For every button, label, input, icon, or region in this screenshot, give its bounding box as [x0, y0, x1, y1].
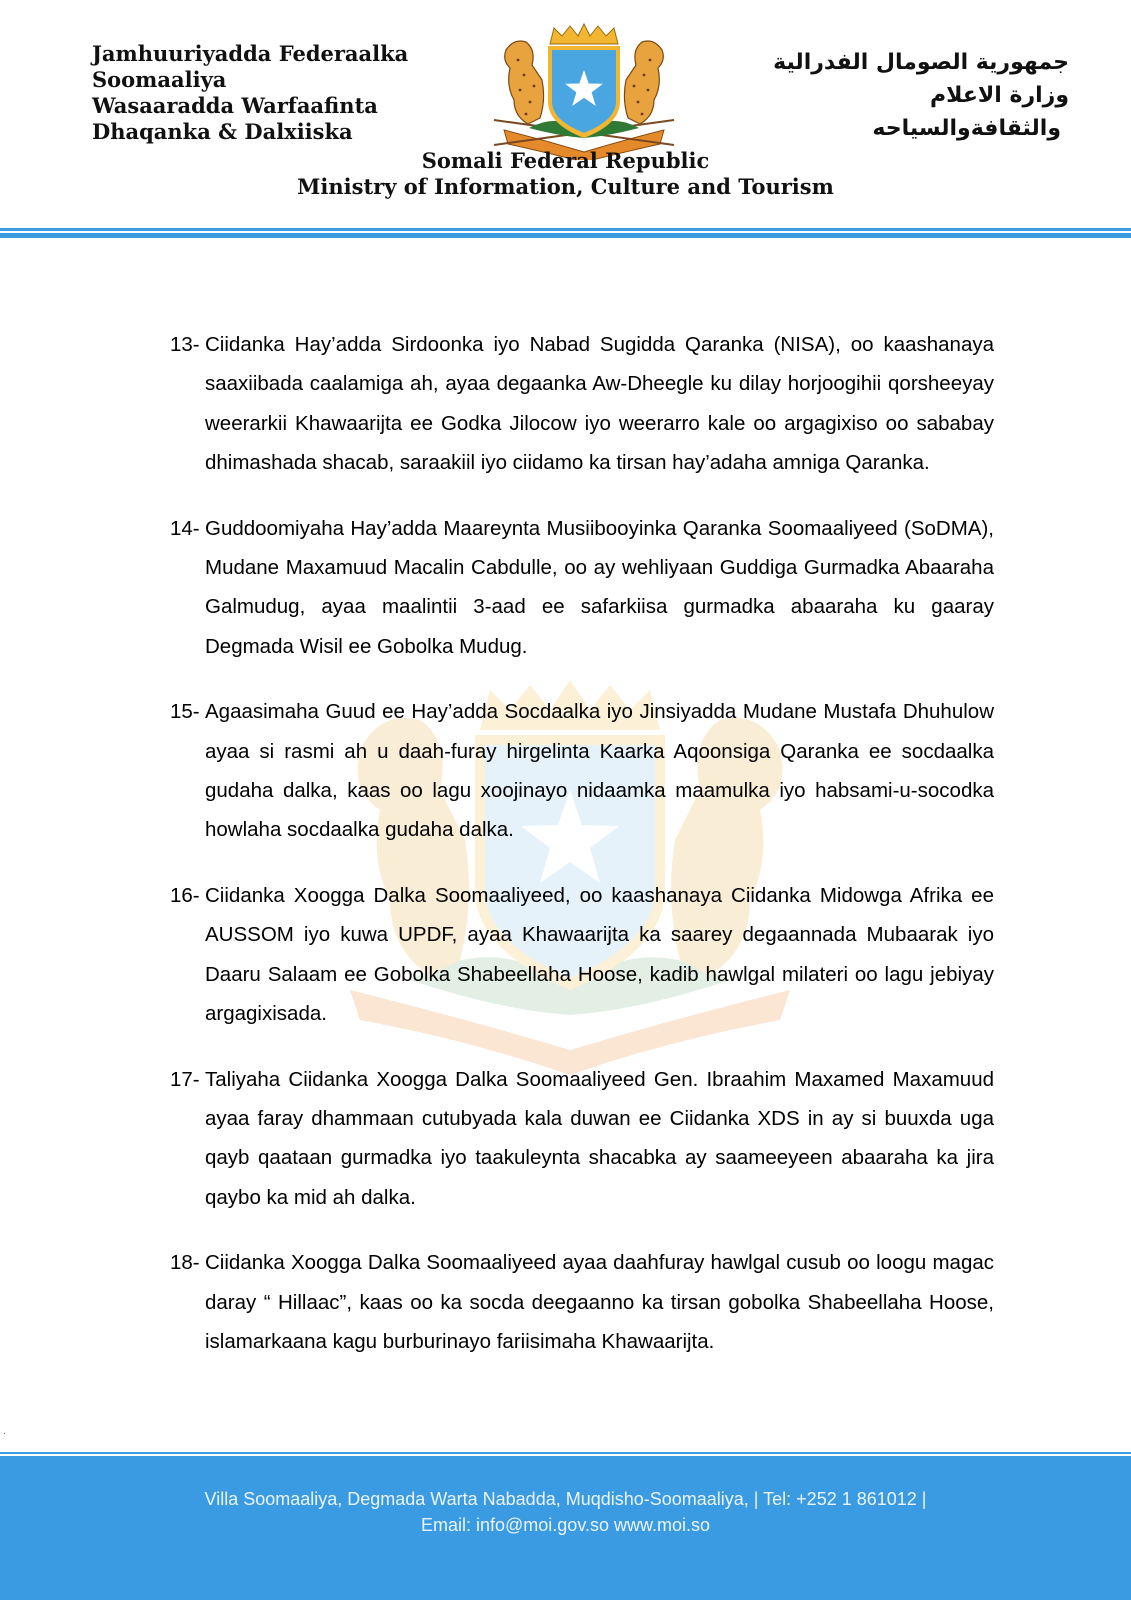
- news-item-number: 14-: [170, 509, 205, 667]
- news-item: 14- Guddoomiyaha Hay’adda Maareynta Musi…: [170, 509, 994, 667]
- news-item-number: 13-: [170, 325, 205, 483]
- news-item-text: Ciidanka Hay’adda Sirdoonka iyo Nabad Su…: [205, 325, 994, 483]
- header-left-line: Jamhuuriyadda Federaalka: [92, 41, 408, 67]
- news-item-text: Guddoomiyaha Hay’adda Maareynta Musiiboo…: [205, 509, 994, 667]
- press-release-body: 13- Ciidanka Hay’adda Sirdoonka iyo Naba…: [170, 325, 994, 1387]
- news-item: 13- Ciidanka Hay’adda Sirdoonka iyo Naba…: [170, 325, 994, 483]
- header-english-title: Somali Federal Republic Ministry of Info…: [0, 148, 1131, 200]
- footer-contact: Email: info@moi.gov.so www.moi.so: [0, 1512, 1131, 1538]
- header-right-line: جمهورية الصومال الفدرالية: [709, 46, 1069, 79]
- news-item-number: 17-: [170, 1060, 205, 1218]
- news-item: 16- Ciidanka Xoogga Dalka Soomaaliyeed, …: [170, 876, 994, 1034]
- header-left-line: Dhaqanka & Dalxiiska: [92, 119, 408, 145]
- header-center-line: Ministry of Information, Culture and Tou…: [0, 174, 1131, 200]
- news-item-text: Ciidanka Xoogga Dalka Soomaaliyeed ayaa …: [205, 1243, 994, 1361]
- footer-address: Villa Soomaaliya, Degmada Warta Nabadda,…: [0, 1486, 1131, 1512]
- coat-of-arms-icon: [484, 20, 684, 160]
- news-item-text: Taliyaha Ciidanka Xoogga Dalka Soomaaliy…: [205, 1060, 994, 1218]
- stray-mark: .: [3, 1426, 6, 1437]
- header-somali-title: Jamhuuriyadda Federaalka Soomaaliya Wasa…: [92, 41, 408, 145]
- news-item-text: Agaasimaha Guud ee Hay’adda Socdaalka iy…: [205, 692, 994, 850]
- header-divider-thick: [0, 233, 1131, 238]
- news-item: 17- Taliyaha Ciidanka Xoogga Dalka Sooma…: [170, 1060, 994, 1218]
- news-item-number: 16-: [170, 876, 205, 1034]
- header-left-line: Soomaaliya: [92, 67, 408, 93]
- news-item-number: 18-: [170, 1243, 205, 1361]
- header-right-line: والثقافةوالسياحه: [709, 112, 1069, 145]
- news-item: 18- Ciidanka Xoogga Dalka Soomaaliyeed a…: [170, 1243, 994, 1361]
- header-divider-thin: [0, 228, 1131, 231]
- news-item: 15- Agaasimaha Guud ee Hay’adda Socdaalk…: [170, 692, 994, 850]
- header-center-line: Somali Federal Republic: [0, 148, 1131, 174]
- header-right-line: وزارة الاعلام: [709, 79, 1069, 112]
- news-item-number: 15-: [170, 692, 205, 850]
- header-arabic-title: جمهورية الصومال الفدرالية وزارة الاعلام …: [709, 46, 1069, 145]
- header-left-line: Wasaaradda Warfaafinta: [92, 93, 408, 119]
- footer: Villa Soomaaliya, Degmada Warta Nabadda,…: [0, 1456, 1131, 1600]
- footer-divider: [0, 1452, 1131, 1454]
- news-item-text: Ciidanka Xoogga Dalka Soomaaliyeed, oo k…: [205, 876, 994, 1034]
